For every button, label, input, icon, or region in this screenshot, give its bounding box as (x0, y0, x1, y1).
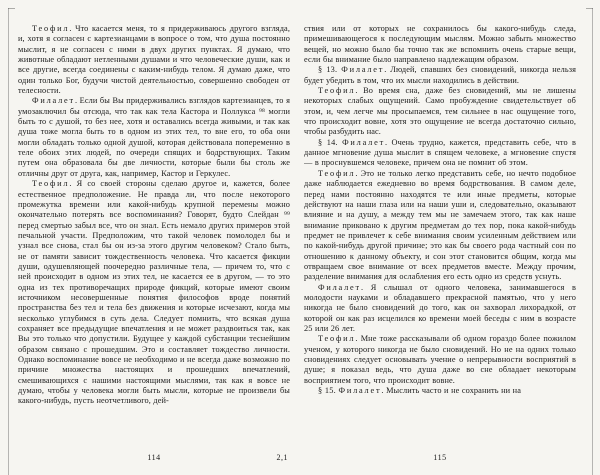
page-text: Теофил. Что касается меня, то я придержи… (18, 24, 290, 448)
paragraph: Теофил. Что касается меня, то я придержи… (18, 24, 290, 96)
printer-signature: 2,1 (277, 453, 289, 462)
speaker-name: Филалет (338, 386, 381, 395)
page-footer: 115 (304, 448, 576, 475)
speaker-name: Теофил (32, 179, 69, 188)
section-mark: § 15. (318, 386, 338, 395)
paragraph: ствия или от которых не сохранилось бы к… (304, 24, 576, 65)
speaker-name: Теофил (318, 334, 355, 343)
scan-edge-line-right (592, 8, 593, 475)
speaker-name: Филалет (32, 96, 75, 105)
speaker-name: Теофил (318, 86, 355, 95)
page-text: ствия или от которых не сохранилось бы к… (304, 24, 576, 448)
page-number: 115 (433, 453, 446, 462)
speaker-name: Теофил (318, 169, 355, 178)
paragraph: Теофил. Это не только легко представить … (304, 169, 576, 283)
speaker-name: Филалет (342, 138, 385, 147)
paragraph: § 13. Филалет. Людей, спавших без сновид… (304, 65, 576, 86)
paragraph: Теофил. Мне тоже рассказывали об одном г… (304, 334, 576, 386)
paragraph: Филалет. Я слышал от одного человека, за… (304, 283, 576, 335)
page-number: 114 (147, 453, 160, 462)
paragraph: § 14. Филалет. Очень трудно, кажется, пр… (304, 138, 576, 169)
page-right: ствия или от которых не сохранилось бы к… (304, 24, 576, 475)
paragraph: Теофил. Я со своей стороны сделаю другое… (18, 179, 290, 407)
scan-corner-tick-left (8, 8, 15, 9)
speaker-name: Филалет (341, 65, 384, 74)
speaker-name: Филалет (318, 283, 361, 292)
speaker-name: Теофил (32, 24, 69, 33)
paragraph: § 15. Филалет. Мыслить часто и не сохран… (304, 386, 576, 396)
paragraph: Филалет. Если бы Вы придерживались взгля… (18, 96, 290, 179)
paragraph: Теофил. Во время сна, даже без сновидени… (304, 86, 576, 138)
page-left: Теофил. Что касается меня, то я придержи… (18, 24, 290, 475)
scan-corner-tick-right (586, 8, 593, 9)
book-spread: Теофил. Что касается меня, то я придержи… (0, 0, 600, 475)
section-mark: § 14. (318, 138, 342, 147)
scan-edge-line-left (8, 8, 9, 475)
page-footer: 114 2,1 (18, 448, 290, 475)
scanned-book-spread: { "document": { "kind": "scanned-book-sp… (0, 0, 600, 475)
section-mark: § 13. (318, 65, 341, 74)
